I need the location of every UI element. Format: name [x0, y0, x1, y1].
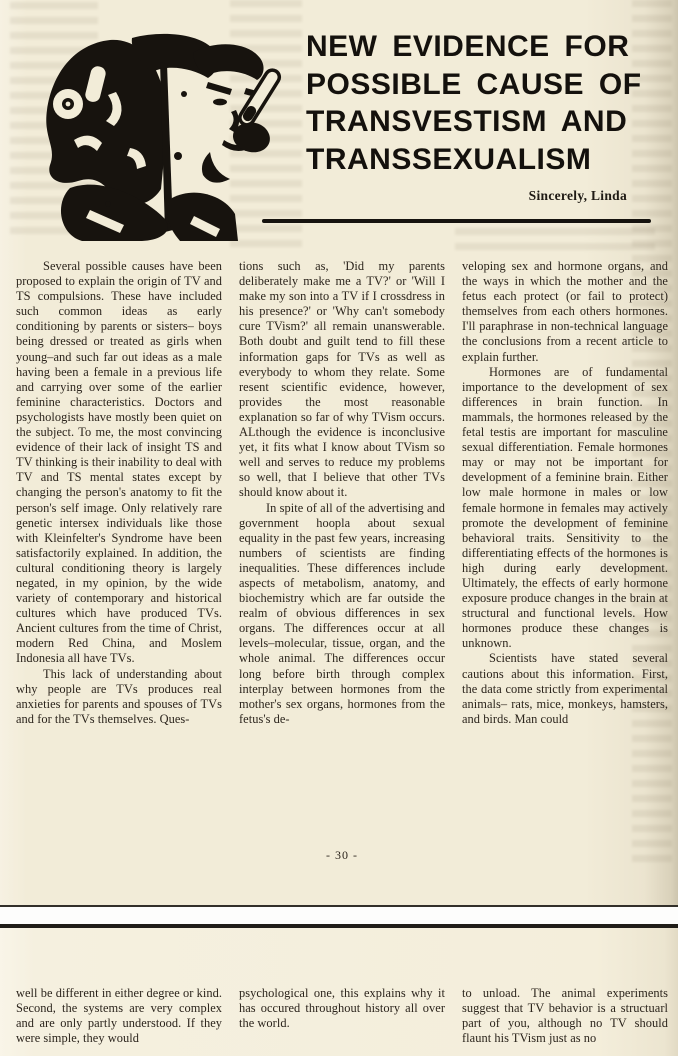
paragraph: veloping sex and hormone organs, and the…	[462, 259, 668, 365]
paragraph: Scientists have stated several cautions …	[462, 651, 668, 726]
paragraph: well be different in either degree or ki…	[16, 986, 222, 1046]
paragraph: In spite of all of the advertising and g…	[239, 501, 445, 727]
paragraph: to unload. The animal experiments sugges…	[462, 986, 668, 1046]
paragraph: psychological one, this explains why it …	[239, 986, 445, 1031]
article-title: NEW EVIDENCE FOR POSSIBLE CAUSE OF TRANS…	[306, 28, 664, 178]
ink-drawing-svg	[12, 28, 298, 242]
text-column-3: to unload. The animal experiments sugges…	[462, 986, 668, 1046]
text-column-1: Several possible causes have been propos…	[16, 259, 222, 727]
title-line: TRANSVESTISM AND	[306, 103, 664, 141]
bleedthrough-artifact	[455, 228, 655, 254]
byline-signature: Sincerely, Linda	[300, 188, 627, 204]
title-line: NEW EVIDENCE FOR	[306, 28, 664, 66]
scanned-magazine-spread: NEW EVIDENCE FOR POSSIBLE CAUSE OF TRANS…	[0, 0, 678, 1056]
text-column-1: well be different in either degree or ki…	[16, 986, 222, 1046]
text-column-2: tions such as, 'Did my parents deliberat…	[239, 259, 445, 727]
article-body: Several possible causes have been propos…	[16, 259, 668, 727]
article-page: NEW EVIDENCE FOR POSSIBLE CAUSE OF TRANS…	[0, 0, 678, 905]
paragraph: This lack of understanding about why peo…	[16, 667, 222, 727]
title-line: POSSIBLE CAUSE OF	[306, 66, 664, 104]
paragraph: Several possible causes have been propos…	[16, 259, 222, 667]
title-line: TRANSSEXUALISM	[306, 141, 664, 179]
next-article-page-partial: well be different in either degree or ki…	[0, 928, 678, 1056]
mad-scientist-illustration	[12, 28, 298, 242]
text-column-2: psychological one, this explains why it …	[239, 986, 445, 1046]
text-column-3: veloping sex and hormone organs, and the…	[462, 259, 668, 727]
paragraph: Hormones are of fundamental importance t…	[462, 365, 668, 652]
page-number: - 30 -	[239, 848, 445, 863]
page-gap	[0, 905, 678, 928]
article-body-continued: well be different in either degree or ki…	[16, 986, 668, 1046]
title-divider-rule	[262, 219, 651, 223]
paragraph: tions such as, 'Did my parents deliberat…	[239, 259, 445, 501]
